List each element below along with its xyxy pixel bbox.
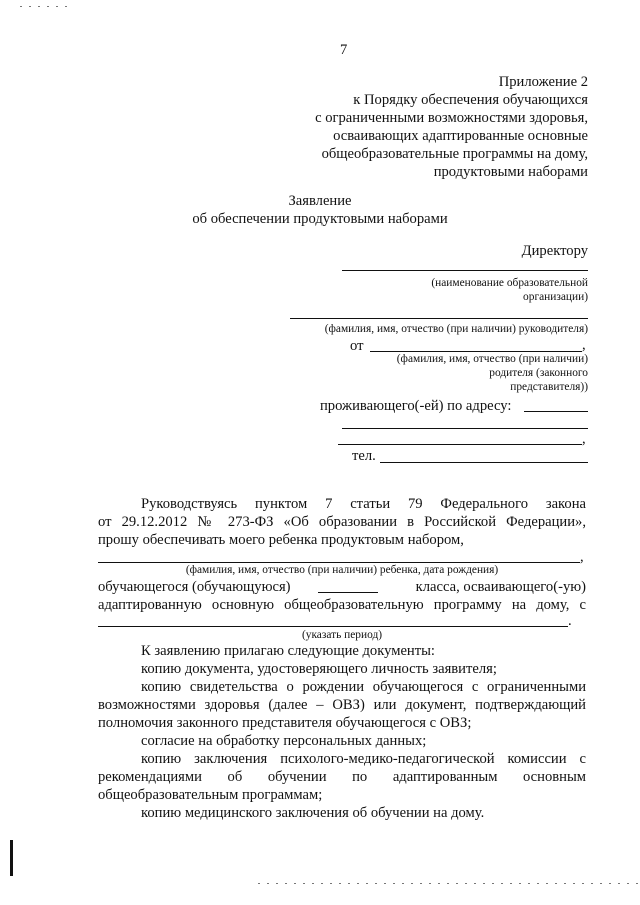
body-line: Руководствуясь пунктом 7 статьи 79 Федер… bbox=[141, 495, 586, 513]
org-name-hint: организации) bbox=[523, 290, 588, 304]
attachment-item: полномочия законного представителя обуча… bbox=[98, 714, 471, 732]
attachment-item: возможностями здоровья (далее – ОВЗ) или… bbox=[98, 696, 586, 714]
head-name-field[interactable] bbox=[290, 318, 588, 319]
parent-name-hint: родителя (законного bbox=[489, 366, 588, 380]
appendix-line: с ограниченными возможностями здоровья, bbox=[315, 109, 588, 127]
address-label: проживающего(-ей) по адресу: bbox=[320, 397, 511, 415]
address-comma: , bbox=[582, 430, 586, 448]
phone-label: тел. bbox=[352, 447, 376, 465]
attachment-item: копию медицинского заключения об обучени… bbox=[141, 804, 484, 822]
address-field-3[interactable] bbox=[338, 444, 582, 445]
attachment-item: копию заключения психолого-медико-педаго… bbox=[141, 750, 586, 768]
org-name-hint: (наименование образовательной bbox=[431, 276, 588, 290]
document-subtitle: об обеспечении продуктовыми наборами bbox=[150, 210, 490, 228]
class-field[interactable] bbox=[318, 592, 378, 593]
address-field-2[interactable] bbox=[342, 428, 588, 429]
body-line: адаптированную основную общеобразователь… bbox=[98, 596, 586, 614]
appendix-line: к Порядку обеспечения обучающихся bbox=[353, 91, 588, 109]
attachment-item: согласие на обработку персональных данны… bbox=[141, 732, 426, 750]
from-label: от bbox=[350, 337, 363, 355]
page-number: 7 bbox=[340, 41, 347, 59]
appendix-line: общеобразовательные программы на дому, bbox=[322, 145, 588, 163]
parent-name-hint: (фамилия, имя, отчество (при наличии) bbox=[397, 352, 588, 366]
attachments-intro: К заявлению прилагаю следующие документы… bbox=[141, 642, 435, 660]
org-name-field[interactable] bbox=[342, 270, 588, 271]
appendix-line: продуктовыми наборами bbox=[434, 163, 588, 181]
attachment-item: копию свидетельства о рождении обучающег… bbox=[141, 678, 586, 696]
attachment-item: рекомендациями об обучении по адаптирова… bbox=[98, 768, 586, 786]
scan-noise-top bbox=[20, 6, 70, 7]
body-line: класса, осваивающего(-ую) bbox=[416, 578, 586, 596]
body-line: от 29.12.2012 № 273-ФЗ «Об образовании в… bbox=[98, 513, 586, 531]
appendix-line: осваивающих адаптированные основные bbox=[333, 127, 588, 145]
attachment-item: копию документа, удостоверяющего личност… bbox=[141, 660, 497, 678]
addressee-director: Директору bbox=[522, 242, 588, 260]
body-line: прошу обеспечивать моего ребенка продукт… bbox=[98, 531, 464, 549]
child-name-hint: (фамилия, имя, отчество (при наличии) ре… bbox=[98, 563, 586, 577]
head-name-hint: (фамилия, имя, отчество (при наличии) ру… bbox=[325, 322, 588, 336]
body-line: обучающегося (обучающуюся) bbox=[98, 578, 291, 596]
attachment-item: общеобразовательным программам; bbox=[98, 786, 322, 804]
period-field[interactable] bbox=[98, 626, 568, 627]
period-hint: (указать период) bbox=[98, 628, 586, 642]
phone-field[interactable] bbox=[380, 462, 588, 463]
address-field-1[interactable] bbox=[524, 411, 588, 412]
appendix-line: Приложение 2 bbox=[499, 73, 588, 91]
document-title: Заявление bbox=[150, 192, 490, 210]
parent-name-hint: представителя)) bbox=[510, 380, 588, 394]
scan-edge-mark bbox=[10, 840, 13, 876]
scan-noise-bottom bbox=[258, 883, 640, 884]
